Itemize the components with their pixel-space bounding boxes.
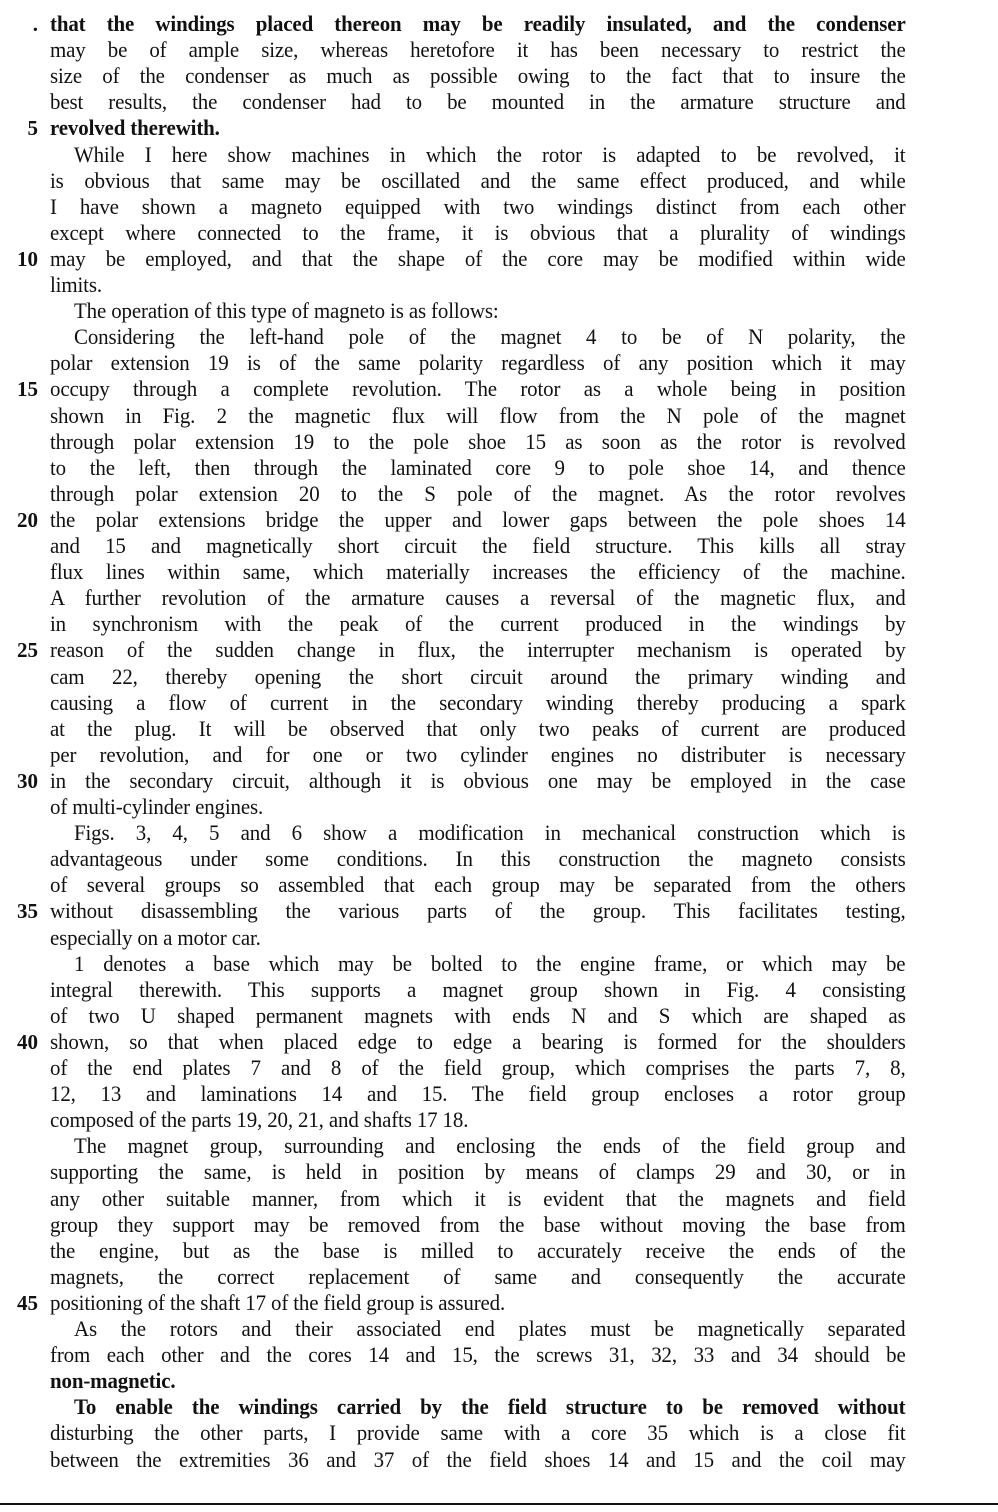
text-line: the engine, but as the base is milled to… [50,1238,906,1264]
text-line: polar extension 19 is of the same polari… [50,350,906,376]
text-line: The operation of this type of magneto is… [74,298,905,324]
text-line: integral therewith. This supports a magn… [50,977,906,1003]
text-line: of two U shaped permanent magnets with e… [50,1003,906,1029]
text-line: Figs. 3, 4, 5 and 6 show a modification … [74,820,905,846]
text-line: To enable the windings carried by the fi… [74,1394,905,1420]
text-line: disturbing the other parts, I provide sa… [50,1420,906,1446]
text-line: shown in Fig. 2 the magnetic flux will f… [50,403,906,429]
text-line: between the extremities 36 and 37 of the… [50,1447,906,1473]
text-line: revolved therewith. [50,115,906,141]
text-line: cam 22, thereby opening the short circui… [50,664,906,690]
text-line: positioning of the shaft 17 of the field… [50,1290,906,1316]
text-line: through polar extension 20 to the S pole… [50,481,906,507]
text-line: group they support may be removed from t… [50,1212,906,1238]
text-line: limits. [50,272,906,298]
text-line: in synchronism with the peak of the curr… [50,611,906,637]
text-line: is obvious that same may be oscillated a… [50,168,906,194]
text-line: reason of the sudden change in flux, the… [50,637,906,663]
text-line: may be employed, and that the shape of t… [50,246,906,272]
text-line: per revolution, and for one or two cylin… [50,742,906,768]
text-line: may be of ample size, whereas heretofore… [50,37,906,63]
text-line: flux lines within same, which materially… [50,559,906,585]
margin-line-number: 40 [0,1029,38,1055]
text-line: in the secondary circuit, although it is… [50,768,906,794]
text-line: especially on a motor car. [50,925,906,951]
text-line: shown, so that when placed edge to edge … [50,1029,906,1055]
margin-line-number: 5 [0,115,38,141]
text-line: the polar extensions bridge the upper an… [50,507,906,533]
text-line: supporting the same, is held in position… [50,1159,906,1185]
text-line: of several groups so assembled that each… [50,872,906,898]
text-line: 1 denotes a base which may be bolted to … [74,951,905,977]
margin-line-number: 10 [0,246,38,272]
text-line: occupy through a complete revolution. Th… [50,376,906,402]
text-line: to the left, then through the laminated … [50,455,906,481]
text-line: advantageous under some conditions. In t… [50,846,906,872]
text-line: I have shown a magneto equipped with two… [50,194,906,220]
margin-line-number: 20 [0,507,38,533]
text-line: and 15 and magnetically short circuit th… [50,533,906,559]
text-line: from each other and the cores 14 and 15,… [50,1342,906,1368]
text-line: of the end plates 7 and 8 of the field g… [50,1055,906,1081]
margin-line-number: 15 [0,376,38,402]
text-line: magnets, the correct replacement of same… [50,1264,906,1290]
text-line: A further revolution of the armature cau… [50,585,906,611]
bottom-rule [0,1503,998,1505]
text-line: except where connected to the frame, it … [50,220,906,246]
margin-line-number: 25 [0,637,38,663]
text-line: of multi-cylinder engines. [50,794,906,820]
text-line: The magnet group, surrounding and enclos… [74,1133,905,1159]
text-line: causing a flow of current in the seconda… [50,690,906,716]
text-line: 12, 13 and laminations 14 and 15. The fi… [50,1081,906,1107]
margin-line-number: 45 [0,1290,38,1316]
margin-line-number: . [0,11,38,37]
text-line: through polar extension 19 to the pole s… [50,429,906,455]
text-line: at the plug. It will be observed that on… [50,716,906,742]
text-line: without disassembling the various parts … [50,898,906,924]
text-line: As the rotors and their associated end p… [74,1316,905,1342]
text-line: size of the condenser as much as possibl… [50,63,906,89]
margin-line-number: 30 [0,768,38,794]
document-page: that the windings placed thereon may be … [0,0,998,1512]
text-line: composed of the parts 19, 20, 21, and sh… [50,1107,906,1133]
text-line: While I here show machines in which the … [74,142,905,168]
text-line: best results, the condenser had to be mo… [50,89,906,115]
text-line: any other suitable manner, from which it… [50,1186,906,1212]
text-line: that the windings placed thereon may be … [50,11,906,37]
text-line: non-magnetic. [50,1368,906,1394]
text-line: Considering the left-hand pole of the ma… [74,324,905,350]
margin-line-number: 35 [0,898,38,924]
